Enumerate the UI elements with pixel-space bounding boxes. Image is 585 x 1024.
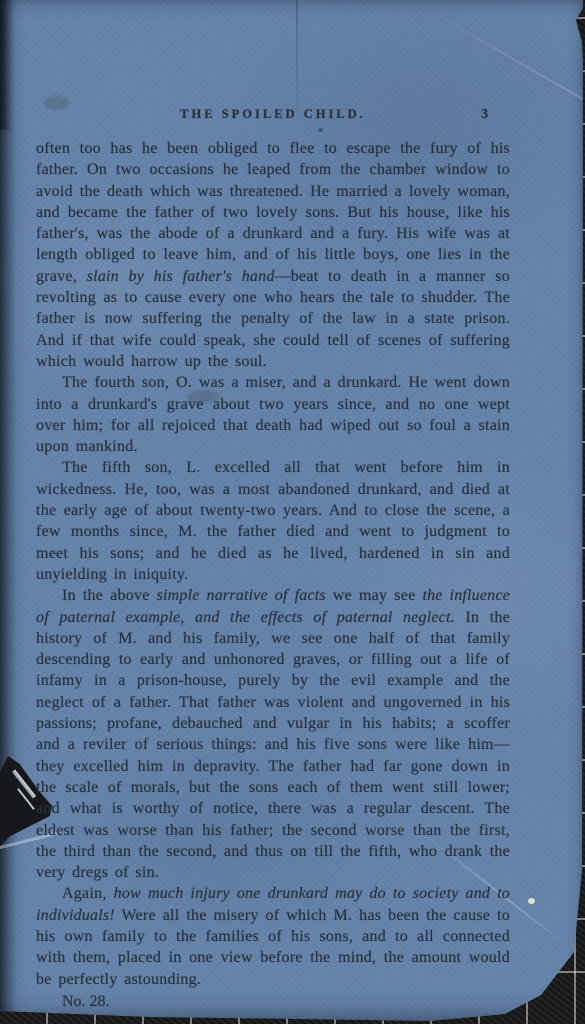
text-run: In the above bbox=[62, 587, 157, 604]
paragraph: In the above simple narrative of facts w… bbox=[36, 585, 510, 883]
paragraph: The fourth son, O. was a miser, and a dr… bbox=[36, 372, 510, 457]
text-block: often too has he been obliged to flee to… bbox=[36, 138, 510, 990]
italic-text-run: slain by his father's hand bbox=[87, 268, 275, 285]
paragraph: Again, how much injury one drunkard may … bbox=[36, 883, 510, 989]
italic-text-run: simple narrative of facts bbox=[157, 587, 326, 604]
page-number: 3 bbox=[481, 106, 488, 122]
running-head: THE SPOILED CHILD. 3 bbox=[36, 106, 510, 122]
paragraph: often too has he been obliged to flee to… bbox=[36, 138, 510, 372]
paragraph: The fifth son, L. excelled all that went… bbox=[36, 457, 510, 585]
issue-number: No. 28. bbox=[36, 991, 510, 1012]
text-run: The fifth son, L. excelled all that went… bbox=[36, 459, 510, 582]
text-run: In the history of M. and his family, we … bbox=[36, 609, 510, 882]
page-title: THE SPOILED CHILD. bbox=[180, 107, 366, 121]
paper-page: THE SPOILED CHILD. 3 often too has he be… bbox=[0, 0, 585, 1024]
text-run: The fourth son, O. was a miser, and a dr… bbox=[36, 374, 510, 455]
text-run: often too has he been obliged to flee to… bbox=[36, 140, 510, 285]
text-run: we may see bbox=[326, 587, 423, 604]
printed-content: THE SPOILED CHILD. 3 often too has he be… bbox=[0, 0, 585, 1024]
book-page-scan: THE SPOILED CHILD. 3 often too has he be… bbox=[0, 0, 585, 1024]
text-run: Again, bbox=[62, 885, 114, 902]
